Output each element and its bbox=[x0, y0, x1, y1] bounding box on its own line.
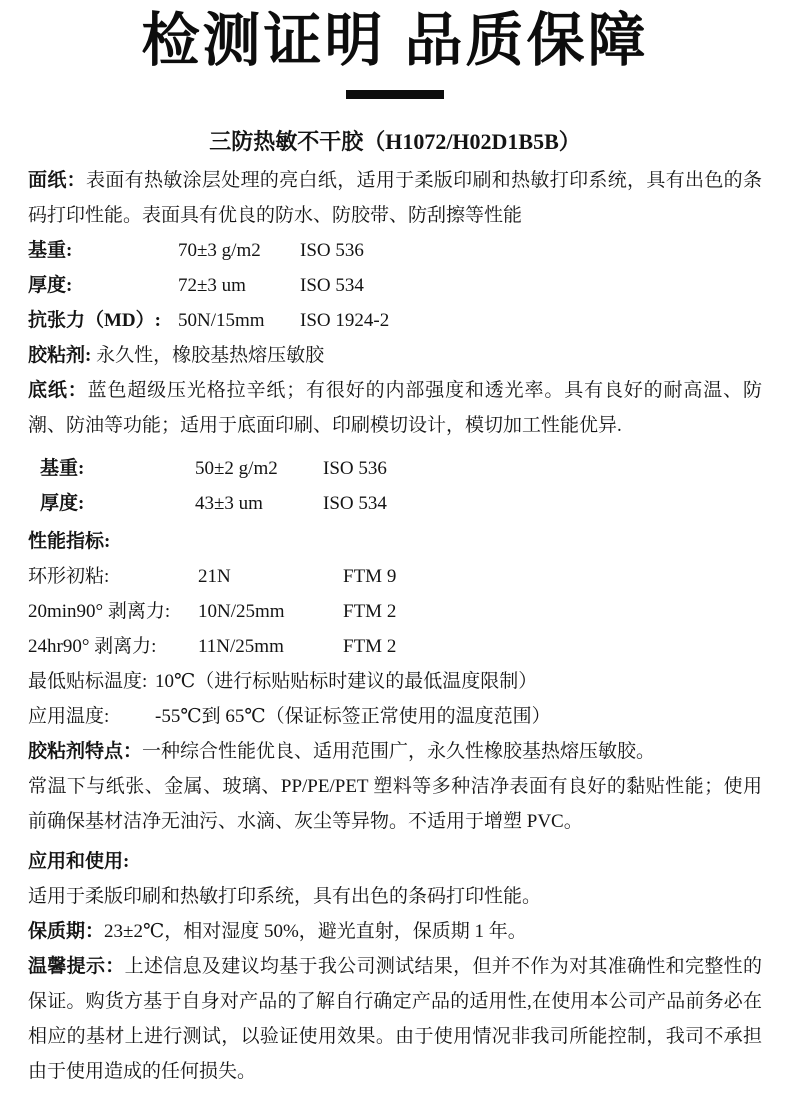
spec-value: 10℃（进行标贴贴标时建议的最低温度限制） bbox=[155, 664, 762, 699]
spec-standard: FTM 9 bbox=[343, 559, 762, 594]
spec-label: 基重: bbox=[28, 233, 178, 268]
table-row: 抗张力（MD）: 50N/15mm ISO 1924-2 bbox=[28, 303, 762, 338]
shelf-life-desc: 23±2℃，相对湿度 50%，避光直射，保质期 1 年。 bbox=[104, 921, 527, 942]
application-heading: 应用和使用: bbox=[28, 844, 762, 879]
table-row: 应用温度: -55℃到 65℃（保证标签正常使用的温度范围） bbox=[28, 699, 762, 734]
table-row: 基重: 50±2 g/m2 ISO 536 bbox=[28, 451, 762, 486]
spec-label: 应用温度: bbox=[28, 699, 155, 734]
adhesive-desc: 永久性，橡胶基热熔压敏胶 bbox=[96, 345, 324, 366]
face-paper-label: 面纸： bbox=[28, 170, 86, 191]
spec-value: 50N/15mm bbox=[178, 303, 300, 338]
spec-standard: ISO 536 bbox=[300, 233, 762, 268]
title-divider bbox=[346, 90, 444, 99]
notice-text: 上述信息及建议均基于我公司测试结果，但并不作为对其准确性和完整性的保证。购货方基… bbox=[28, 956, 762, 1082]
spec-value: 43±3 um bbox=[195, 486, 323, 521]
application-desc: 适用于柔版印刷和热敏打印系统，具有出色的条码打印性能。 bbox=[28, 879, 762, 914]
table-row: 厚度: 43±3 um ISO 534 bbox=[28, 486, 762, 521]
spec-standard: ISO 536 bbox=[323, 451, 762, 486]
notice-paragraph: 温馨提示：上述信息及建议均基于我公司测试结果，但并不作为对其准确性和完整性的保证… bbox=[28, 949, 762, 1089]
shelf-life-label: 保质期： bbox=[28, 921, 104, 942]
document-page: 检测证明 品质保障 三防热敏不干胶（H1072/H02D1B5B） 面纸：表面有… bbox=[0, 0, 790, 1110]
liner-paragraph: 底纸：蓝色超级压光格拉辛纸；有很好的内部强度和透光率。具有良好的耐高温、防潮、防… bbox=[28, 373, 762, 443]
spec-standard: FTM 2 bbox=[343, 594, 762, 629]
spec-value: 10N/25mm bbox=[198, 594, 343, 629]
spec-value: 50±2 g/m2 bbox=[195, 451, 323, 486]
spec-label: 厚度: bbox=[40, 486, 195, 521]
table-row: 环形初粘: 21N FTM 9 bbox=[28, 559, 762, 594]
table-row: 最低贴标温度: 10℃（进行标贴贴标时建议的最低温度限制） bbox=[28, 664, 762, 699]
spec-label: 环形初粘: bbox=[28, 559, 198, 594]
spec-label: 抗张力（MD）: bbox=[28, 303, 178, 338]
table-row: 厚度: 72±3 um ISO 534 bbox=[28, 268, 762, 303]
spec-label: 基重: bbox=[40, 451, 195, 486]
face-paper-spec-table: 基重: 70±3 g/m2 ISO 536 厚度: 72±3 um ISO 53… bbox=[28, 233, 762, 338]
spec-standard: ISO 1924-2 bbox=[300, 303, 762, 338]
adhesive-label: 胶粘剂: bbox=[28, 345, 91, 366]
spec-standard: ISO 534 bbox=[323, 486, 762, 521]
spec-value: 11N/25mm bbox=[198, 629, 343, 664]
table-row: 基重: 70±3 g/m2 ISO 536 bbox=[28, 233, 762, 268]
page-title: 检测证明 品质保障 bbox=[0, 0, 790, 80]
document-body: 面纸：表面有热敏涂层处理的亮白纸，适用于柔版印刷和热敏打印系统，具有出色的条码打… bbox=[0, 157, 790, 1089]
spec-value: 70±3 g/m2 bbox=[178, 233, 300, 268]
spec-standard: FTM 2 bbox=[343, 629, 762, 664]
spec-label: 20min90° 剥离力: bbox=[28, 594, 198, 629]
performance-spec-table: 环形初粘: 21N FTM 9 20min90° 剥离力: 10N/25mm F… bbox=[28, 559, 762, 734]
adhesive-features-desc: 一种综合性能优良、适用范围广，永久性橡胶基热熔压敏胶。 bbox=[142, 741, 655, 762]
liner-label: 底纸： bbox=[28, 380, 88, 401]
spec-label: 24hr90° 剥离力: bbox=[28, 629, 198, 664]
adhesive-features-label: 胶粘剂特点： bbox=[28, 741, 142, 762]
face-paper-paragraph: 面纸：表面有热敏涂层处理的亮白纸，适用于柔版印刷和热敏打印系统，具有出色的条码打… bbox=[28, 163, 762, 233]
spec-value: 21N bbox=[198, 559, 343, 594]
adhesive-features-paragraph: 胶粘剂特点：一种综合性能优良、适用范围广，永久性橡胶基热熔压敏胶。 bbox=[28, 734, 762, 769]
adhesive-paragraph: 胶粘剂: 永久性，橡胶基热熔压敏胶 bbox=[28, 338, 762, 373]
face-paper-desc: 表面有热敏涂层处理的亮白纸，适用于柔版印刷和热敏打印系统，具有出色的条码打印性能… bbox=[28, 170, 762, 226]
shelf-life-paragraph: 保质期：23±2℃，相对湿度 50%，避光直射，保质期 1 年。 bbox=[28, 914, 762, 949]
notice-label: 温馨提示： bbox=[28, 956, 125, 977]
liner-spec-table: 基重: 50±2 g/m2 ISO 536 厚度: 43±3 um ISO 53… bbox=[28, 451, 762, 521]
table-row: 20min90° 剥离力: 10N/25mm FTM 2 bbox=[28, 594, 762, 629]
performance-heading: 性能指标: bbox=[28, 524, 762, 559]
spec-value: 72±3 um bbox=[178, 268, 300, 303]
spec-value: -55℃到 65℃（保证标签正常使用的温度范围） bbox=[155, 699, 762, 734]
surface-note-paragraph: 常温下与纸张、金属、玻璃、PP/PE/PET 塑料等多种洁净表面有良好的黏贴性能… bbox=[28, 769, 762, 839]
liner-desc: 蓝色超级压光格拉辛纸；有很好的内部强度和透光率。具有良好的耐高温、防潮、防油等功… bbox=[28, 380, 762, 436]
product-subtitle: 三防热敏不干胶（H1072/H02D1B5B） bbox=[0, 127, 790, 157]
table-row: 24hr90° 剥离力: 11N/25mm FTM 2 bbox=[28, 629, 762, 664]
spec-standard: ISO 534 bbox=[300, 268, 762, 303]
spec-label: 厚度: bbox=[28, 268, 178, 303]
spec-label: 最低贴标温度: bbox=[28, 664, 155, 699]
